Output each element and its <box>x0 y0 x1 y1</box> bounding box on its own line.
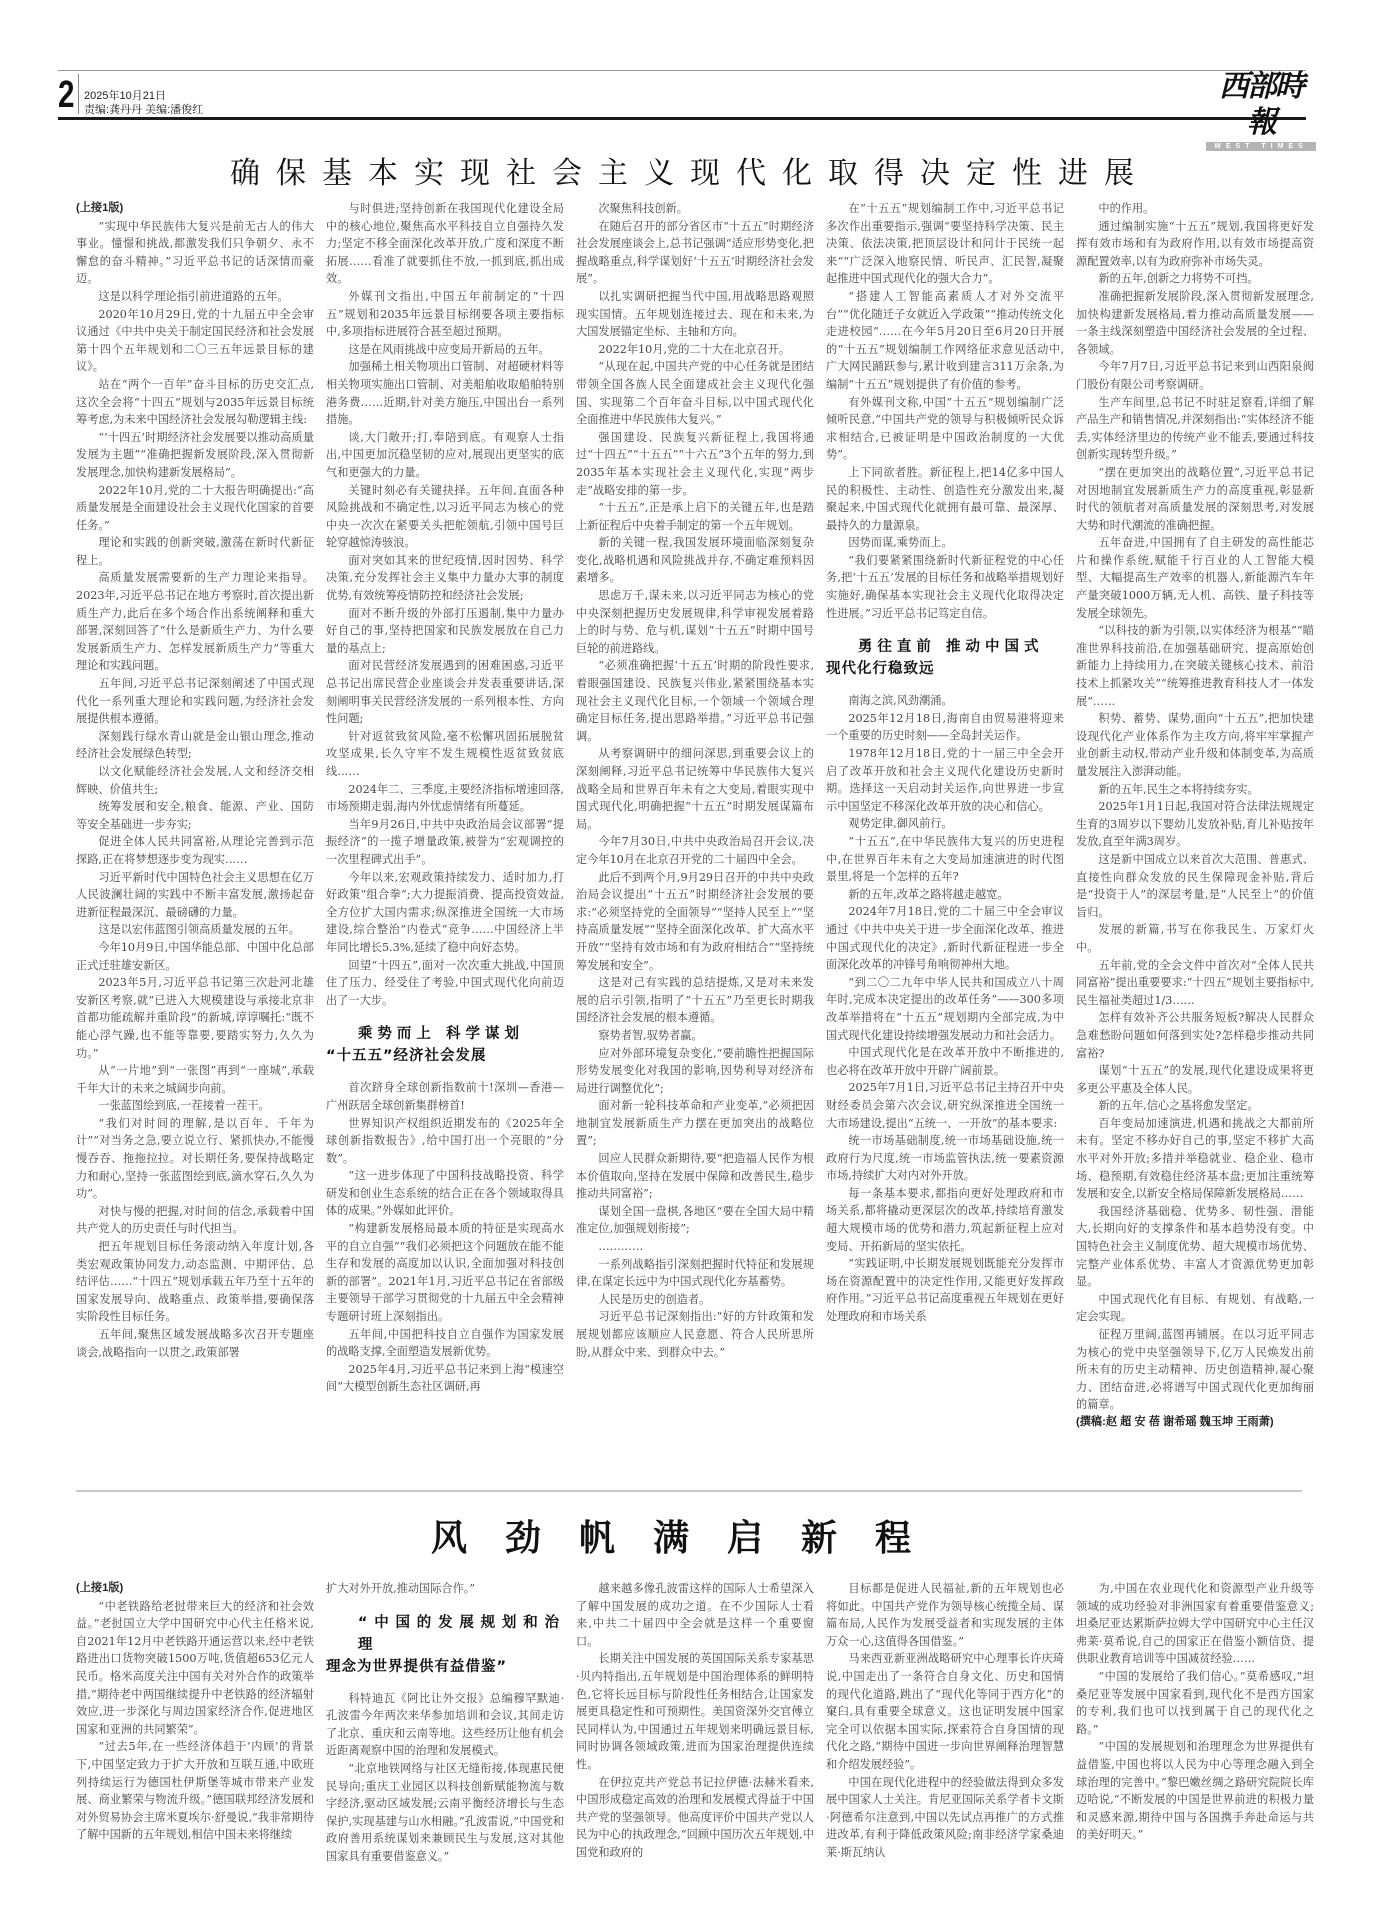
paragraph: 新的关键一程,我国发展环境面临深刻复杂变化,战略机遇和风险挑战并存,不确定难预料… <box>576 534 814 587</box>
paragraph: 越来越多像孔波雷这样的国际人士希望深入了解中国发展的成功之道。在不少国际人士看来… <box>576 1580 814 1650</box>
paragraph: 五年间,聚焦区域发展战略多次召开专题座谈会,战略指向一以贯之,政策部署 <box>76 1326 314 1361</box>
logo-chinese: 西部時報 <box>1206 69 1316 141</box>
paragraph: 征程万里阔,蓝图再铺展。在以习近平同志为核心的党中央坚强领导下,亿万人民焕发出前… <box>1076 1326 1314 1414</box>
paragraph: “我们对时间的理解,是以百年、千年为计”“对当务之急,要立说立行、紧抓快办,不能… <box>76 1115 314 1203</box>
paragraph: (上接1版) <box>76 200 314 218</box>
paragraph: 观势定律,御风前行。 <box>826 815 1064 833</box>
section-divider <box>76 1490 1302 1492</box>
paragraph: 有外媒刊文称,中国“十五五”规划编制广泛倾听民意,“中国共产党的领导与积极倾听民… <box>826 394 1064 464</box>
paragraph: 2025年7月1日,习近平总书记主持召开中央财经委员会第六次会议,研究纵深推进全… <box>826 1079 1064 1132</box>
paragraph: 新的五年,创新之力将势不可挡。 <box>1076 270 1314 288</box>
paragraph: 关键时刻必有关键抉择。五年间,直面各种风险挑战和不确定性,以习近平同志为核心的党… <box>326 482 564 552</box>
paragraph: “构建新发展格局最本质的特征是实现高水平的自立自强”“我们必须把这个问题放在能不… <box>326 1220 564 1326</box>
paragraph: “北京地铁网络与社区无缝衔接,体现惠民便民导向;重庆工业园区以科技创新赋能物流与… <box>326 1760 564 1866</box>
paragraph: “‘十四五’时期经济社会发展要以推动高质量发展为主题”“准确把握新发展阶段,深入… <box>76 429 314 482</box>
paragraph: 2024年7月18日,党的二十届三中全会审议通过《中共中央关于进一步全面深化改革… <box>826 903 1064 973</box>
paragraph: 面对民营经济发展遇到的困难困惑,习近平总书记出席民营企业座谈会并发表重要讲话,深… <box>326 657 564 727</box>
paragraph: 世界知识产权组织近期发布的《2025年全球创新指数报告》,给中国打出一个亮眼的“… <box>326 1115 564 1168</box>
paragraph: 把五年规划目标任务滚动纳入年度计划,各类宏观政策协同发力,动态监测、中期评估、总… <box>76 1238 314 1326</box>
paragraph: 因势而谋,乘势而上。 <box>826 534 1064 552</box>
article1-column-1: (上接1版)“实现中华民族伟大复兴是前无古人的伟大事业。憧憬和挑战,都激发我们只… <box>76 200 314 1488</box>
paragraph: 外媒刊文指出,中国五年前制定的“十四五”规划和2035年远景目标纲要各项主要指标… <box>326 288 564 341</box>
paragraph: 中国在现代化进程中的经验做法得到众多发展中国家人士关注。肯尼亚国际关系学者卡文斯… <box>826 1774 1064 1862</box>
article1-body: (上接1版)“实现中华民族伟大复兴是前无古人的伟大事业。憧憬和挑战,都激发我们只… <box>76 200 1314 1488</box>
paragraph: “十五五”,正是承上启下的关键五年,也是踏上新征程后中央着手制定的第一个五年规划… <box>576 499 814 534</box>
paragraph: 这是在风雨挑战中应变局开新局的五年。 <box>326 341 564 359</box>
paragraph: “实践证明,中长期发展规划既能充分发挥市场在资源配置中的决定性作用,又能更好发挥… <box>826 1255 1064 1325</box>
paragraph: “中国的发展规划和治理理念为世界提供有益借鉴,中国也将以人民为中心等理念融入到全… <box>1076 1738 1314 1844</box>
paragraph: 强国建设、民族复兴新征程上,我国将通过“十四五”“十五五”“十六五”3个五年的努… <box>576 429 814 499</box>
subheading-line-2: 现代化行稳致远 <box>826 661 935 677</box>
paragraph: 针对返贫致贫风险,毫不松懈巩固拓展脱贫攻坚成果,长久守牢不发生规模性返贫致贫底线… <box>326 728 564 781</box>
paragraph: 谋划“十五五”的发展,现代化建设成果将更多更公平惠及全体人民。 <box>1076 1062 1314 1097</box>
article2-column-1: (上接1版)“中老铁路给老挝带来巨大的经济和社会效益。”老挝国立大学中国研究中心… <box>76 1580 314 1900</box>
paragraph: 今年以来,宏观政策持续发力、适时加力,打好政策“组合拳”;大力提振消费、提高投资… <box>326 869 564 957</box>
paragraph: 生产车间里,总书记不时驻足察看,详细了解产品生产和销售情况,并深刻指出:“实体经… <box>1076 394 1314 464</box>
subheading-line-2: 理念为世界提供有益借鉴” <box>326 1659 507 1675</box>
paragraph: 每一条基本要求,都指向更好处理政府和市场关系,都将撬动更深层次的改革,持续培育激… <box>826 1185 1064 1255</box>
paragraph: “我们要紧紧围绕新时代新征程党的中心任务,把‘十五五’发展的目标任务和战略举措规… <box>826 552 1064 622</box>
paragraph: 马来西亚新亚洲战略研究中心理事长许庆琦说,中国走出了一条符合自身文化、历史和国情… <box>826 1650 1064 1773</box>
paragraph: 面对不断升级的外部打压遏制,集中力量办好自己的事,坚持把国家和民族发展放在自己力… <box>326 605 564 658</box>
subheading-line-2: “十五五”经济社会发展 <box>326 1048 487 1064</box>
paragraph: 1978年12月18日,党的十一届三中全会开启了改革开放和社会主义现代化建设历史… <box>826 745 1064 815</box>
paragraph: “过去5年,在一些经济体趋于‘内顾’的背景下,中国坚定致力于扩大开放和互联互通,… <box>76 1738 314 1844</box>
paragraph: 2020年10月29日,党的十九届五中全会审议通过《中共中央关于制定国民经济和社… <box>76 306 314 376</box>
paragraph: “中国的发展给了我们信心。”莫希感叹,“坦桑尼亚等发展中国家看到,现代化不是西方… <box>1076 1668 1314 1738</box>
paragraph: 面对突如其来的世纪疫情,因时因势、科学决策,充分发挥社会主义集中力量办大事的制度… <box>326 552 564 605</box>
paragraph: 新的五年,民生之本将持续夯实。 <box>1076 781 1314 799</box>
paragraph: 发展的新篇,书写在你我民生、万家灯火中。 <box>1076 921 1314 956</box>
paragraph: 察势者智,驭势者赢。 <box>576 1027 814 1045</box>
paragraph: 积势、蓄势、谋势,面向“十五五”,把加快建设现代化产业体系作为主攻方向,将牢牢掌… <box>1076 710 1314 780</box>
paragraph: 中国式现代化是在改革开放中不断推进的,也必将在改革开放中开辟广阔前景。 <box>826 1044 1064 1079</box>
paragraph: 与时俱进;坚持创新在我国现代化建设全局中的核心地位,聚焦高水平科技自立自强持久发… <box>326 200 564 288</box>
paragraph: 谋划全国一盘棋,各地区“要在全国大局中精准定位,加强规划衔接”; <box>576 1203 814 1238</box>
paragraph: 在“十五五”规划编制工作中,习近平总书记多次作出重要指示,强调“要坚持科学决策、… <box>826 200 1064 288</box>
article1-column-5: 中的作用。通过编制实施“十五五”规划,我国将更好发挥有效市场和有为政府作用,以有… <box>1076 200 1314 1488</box>
paragraph: 以扎实调研把握当代中国,用战略思路观照现实国情。五年规划连接过去、现在和未来,为… <box>576 288 814 341</box>
paragraph: 2025年1月1日起,我国对符合法律法规规定生育的3周岁以下婴幼儿发放补贴,育儿… <box>1076 798 1314 851</box>
paragraph: “摆在更加突出的战略位置”,习近平总书记对因地制宜发展新质生产力的高度重视,彰显… <box>1076 464 1314 534</box>
paragraph: (上接1版) <box>76 1580 314 1598</box>
paragraph: 今年7月7日,习近平总书记来到山西阳泉阀门股份有限公司考察调研。 <box>1076 358 1314 393</box>
paragraph: 2023年5月,习近平总书记第三次赴河北雄安新区考察,就“已进入大规模建设与承接… <box>76 974 314 1062</box>
paragraph: ………… <box>576 1238 814 1256</box>
paragraph: 对快与慢的把握,对时间的信念,承载着中国共产党人的历史责任与时代担当。 <box>76 1203 314 1238</box>
paragraph: 这是对己有实践的总结提炼,又是对未来发展的启示引领,指明了“十五五”乃至更长时期… <box>576 974 814 1027</box>
paragraph: 这是以宏伟蓝图引领高质量发展的五年。 <box>76 921 314 939</box>
article1-column-2: 与时俱进;坚持创新在我国现代化建设全局中的核心地位,聚焦高水平科技自立自强持久发… <box>326 200 564 1488</box>
section-subheading: 乘势而上 科学谋划“十五五”经济社会发展 <box>326 1023 564 1067</box>
paragraph: 南海之滨,风劲潮涌。 <box>826 692 1064 710</box>
paragraph: 中的作用。 <box>1076 200 1314 218</box>
paragraph: 五年奋进,中国拥有了自主研发的高性能芯片和操作系统,赋能千行百业的人工智能大模型… <box>1076 534 1314 622</box>
paragraph: 理论和实践的创新突破,激荡在新时代新征程上。 <box>76 534 314 569</box>
paragraph: 从“一片地”到“一张图”再到“一座城”,承载千年大计的未来之城阔步向前。 <box>76 1062 314 1097</box>
paragraph: 回望“十四五”,面对一次次重大挑战,中国顶住了压力、经受住了考验,中国式现代化向… <box>326 957 564 1010</box>
paragraph: 上下同欲者胜。新征程上,把14亿多中国人民的积极性、主动性、创造性充分激发出来,… <box>826 464 1064 534</box>
article1-column-4: 在“十五五”规划编制工作中,习近平总书记多次作出重要指示,强调“要坚持科学决策、… <box>826 200 1064 1488</box>
paragraph: 中国式现代化有目标、有规划、有战略,一定会实现。 <box>1076 1291 1314 1326</box>
masthead: 2 2025年10月21日 责编:龚丹丹 美编:潘俊红 西部時報 WEST TI… <box>58 70 1306 120</box>
paragraph: 我国经济基础稳、优势多、韧性强、潜能大,长期向好的支撑条件和基本趋势没有变。中国… <box>1076 1203 1314 1291</box>
subheading-line-1: “中国的发展规划和治理 <box>326 1612 564 1656</box>
paragraph: 通过编制实施“十五五”规划,我国将更好发挥有效市场和有为政府作用,以有效市场提高… <box>1076 218 1314 271</box>
section-subheading: “中国的发展规划和治理理念为世界提供有益借鉴” <box>326 1612 564 1678</box>
paragraph: 百年变局加速演进,机遇和挑战之大都前所未有。坚定不移办好自己的事,坚定不移扩大高… <box>1076 1115 1314 1203</box>
editors-credit: 责编:龚丹丹 美编:潘俊红 <box>84 103 203 117</box>
paragraph: 首次跻身全球创新指数前十!深圳—香港—广州跃居全球创新集群榜首! <box>326 1079 564 1114</box>
paragraph: 新的五年,改革之路将越走越宽。 <box>826 886 1064 904</box>
paragraph: 五年前,党的全会文件中首次对“全体人民共同富裕”提出重要要求:“十四五”规划主要… <box>1076 957 1314 1010</box>
paragraph: 应对外部环境复杂变化,“要前瞻性把握国际形势发展变化对我国的影响,因势利导对经济… <box>576 1045 814 1098</box>
paragraph: 科特迪瓦《阿比让外交报》总编穆罕默迪·孔波雷今年两次来华参加培训和会议,其间走访… <box>326 1690 564 1760</box>
page-number: 2 <box>58 75 74 115</box>
article2-body: (上接1版)“中老铁路给老挝带来巨大的经济和社会效益。”老挝国立大学中国研究中心… <box>76 1580 1314 1900</box>
paragraph: 以文化赋能经济社会发展,人文和经济交相辉映、价值共生; <box>76 763 314 798</box>
paragraph: 习近平总书记深刻指出:“好的方针政策和发展规划都应该顺应人民意愿、符合人民所思所… <box>576 1308 814 1361</box>
paragraph: 今年7月30日,中共中央政治局召开会议,决定今年10月在北京召开党的二十届四中全… <box>576 833 814 868</box>
paragraph: 2022年10月,党的二十大报告明确提出:“高质量发展是全面建设社会主义现代化国… <box>76 482 314 535</box>
article2-column-2: 扩大对外开放,推动国际合作。”“中国的发展规划和治理理念为世界提供有益借鉴”科特… <box>326 1580 564 1900</box>
paragraph: 这是新中国成立以来首次大范围、普惠式、直接性向群众发放的民生保障现金补贴,背后是… <box>1076 851 1314 921</box>
article2-column-5: 为,中国在农业现代化和资源型产业升级等领域的成功经验对非洲国家有着重要借鉴意义;… <box>1076 1580 1314 1900</box>
paragraph: 统筹发展和安全,粮食、能源、产业、国防等安全基础进一步夯实; <box>76 798 314 833</box>
paragraph: 面对新一轮科技革命和产业变革,“必须把因地制宜发展新质生产力摆在更加突出的战略位… <box>576 1097 814 1150</box>
paragraph: 五年间,习近平总书记深刻阐述了中国式现代化一系列重大理论和实践问题,为经济社会发… <box>76 675 314 728</box>
paragraph: 高质量发展需要新的生产力理论来指导。2023年,习近平总书记在地方考察时,首次提… <box>76 569 314 675</box>
paragraph: 2025年12月18日,海南自由贸易港将迎来一个重要的历史时刻——全岛封关运作。 <box>826 710 1064 745</box>
paragraph: “中老铁路给老挝带来巨大的经济和社会效益。”老挝国立大学中国研究中心代主任格米说… <box>76 1598 314 1739</box>
subheading-line-1: 乘势而上 科学谋划 <box>326 1023 564 1045</box>
paragraph: “这一进步体现了中国科技战略投资、科学研发和创业生态系统的结合正在各个领域取得具… <box>326 1167 564 1220</box>
paragraph: 扩大对外开放,推动国际合作。” <box>326 1580 564 1598</box>
paragraph: 新的五年,信心之基将愈发坚定。 <box>1076 1097 1314 1115</box>
newspaper-logo: 西部時報 WEST TIMES <box>1206 69 1316 151</box>
paragraph: 2025年4月,习近平总书记来到上海“模速空间”大模型创新生态社区调研,再 <box>326 1361 564 1396</box>
paragraph: 长期关注中国发展的英国国际关系专家基思·贝内特指出,五年规划是中国治理体系的鲜明… <box>576 1650 814 1773</box>
paragraph: 从考察调研中的细问深思,到重要会议上的深刻阐释,习近平总书记统筹中华民族伟大复兴… <box>576 745 814 833</box>
paragraph: 目标都是促进人民福祉,新的五年规划也必将如此。中国共产党作为领导核心统揽全局、谋… <box>826 1580 1064 1650</box>
page-meta: 2025年10月21日 责编:龚丹丹 美编:潘俊红 <box>78 74 203 114</box>
subheading-line-1: 勇往直前 推动中国式 <box>826 636 1064 658</box>
paragraph: 一张蓝图绘到底,一茬接着一茬干。 <box>76 1097 314 1115</box>
paragraph: 今年10月9日,中国华能总部、中国中化总部正式迁驻雄安新区。 <box>76 939 314 974</box>
article2-column-3: 越来越多像孔波雷这样的国际人士希望深入了解中国发展的成功之道。在不少国际人士看来… <box>576 1580 814 1900</box>
paragraph: 当年9月26日,中共中央政治局会议部署“提振经济”的一揽子增量政策,被誉为“宏观… <box>326 816 564 869</box>
paragraph: 在随后召开的部分省区市“十五五”时期经济社会发展座谈会上,总书记强调“适应形势变… <box>576 218 814 288</box>
paragraph: 谈,大门敞开;打,奉陪到底。有观察人士指出,中国更加沉稳坚韧的应对,展现出更坚实… <box>326 429 564 482</box>
paragraph: 站在“两个一百年”奋斗目标的历史交汇点,这次全会将“十四五”规划与2035年远景… <box>76 376 314 429</box>
paragraph: 深刻践行绿水青山就是金山银山理念,推动经济社会发展绿色转型; <box>76 728 314 763</box>
paragraph: 习近平新时代中国特色社会主义思想在亿万人民波澜壮阔的实践中不断丰富发展,激扬起奋… <box>76 869 314 922</box>
paragraph: “到二〇二九年中华人民共和国成立八十周年时,完成本决定提出的改革任务”——300… <box>826 974 1064 1044</box>
paragraph: “以科技的新为引领,以实体经济为根基”“瞄准世界科技前沿,在加强基础研究、提高原… <box>1076 622 1314 710</box>
paragraph: 促进全体人民共同富裕,从理论完善到示范探路,正在将梦想逐步变为现实…… <box>76 833 314 868</box>
paragraph: “十五五”,在中华民族伟大复兴的历史进程中,在世界百年未有之大变局加速演进的时代… <box>826 833 1064 886</box>
paragraph: 回应人民群众新期待,要“把造福人民作为根本价值取向,坚持在发展中保障和改善民生,… <box>576 1150 814 1203</box>
paragraph: 2024年二、三季度,主要经济指标增速回落,市场预期走弱,海内外忧虑情绪有所蔓延… <box>326 781 564 816</box>
paragraph: 准确把握新发展阶段,深入贯彻新发展理念,加快构建新发展格局,着力推动高质量发展—… <box>1076 288 1314 358</box>
paragraph: 2022年10月,党的二十大在北京召开。 <box>576 341 814 359</box>
paragraph: 人民是历史的创造者。 <box>576 1291 814 1309</box>
article2-headline: 风劲帆满启新程 <box>0 1510 1380 1561</box>
article1-headline: 确保基本实现社会主义现代化取得决定性进展 <box>0 148 1380 192</box>
paragraph: 此后不到两个月,9月29日召开的中共中央政治局会议提出“十五五”时期经济社会发展… <box>576 869 814 975</box>
paragraph: 统一市场基础制度,统一市场基础设施,统一政府行为尺度,统一市场监管执法,统一要素… <box>826 1132 1064 1185</box>
section-subheading: 勇往直前 推动中国式现代化行稳致远 <box>826 636 1064 680</box>
article1-column-3: 次聚焦科技创新。在随后召开的部分省区市“十五五”时期经济社会发展座谈会上,总书记… <box>576 200 814 1488</box>
paragraph: 五年间,中国把科技自立自强作为国家发展的战略支撑,全面塑造发展新优势。 <box>326 1326 564 1361</box>
paragraph: “搭建人工智能高素质人才对外交流平台”“优化随迁子女就近入学政策”“推动传统文化… <box>826 288 1064 394</box>
paragraph: (撰稿:赵 超 安 蓓 谢希瑶 魏玉坤 王雨萧) <box>1076 1414 1314 1432</box>
paragraph: 这是以科学理论指引前进道路的五年。 <box>76 288 314 306</box>
paragraph: 加强稀土相关物项出口管制、对超硬材料等相关物项实施出口管制、对美船舶收取船舶特别… <box>326 358 564 428</box>
paragraph: 次聚焦科技创新。 <box>576 200 814 218</box>
paragraph: “从现在起,中国共产党的中心任务就是团结带领全国各族人民全面建成社会主义现代化强… <box>576 358 814 428</box>
issue-date: 2025年10月21日 <box>84 89 203 103</box>
paragraph: 为,中国在农业现代化和资源型产业升级等领域的成功经验对非洲国家有着重要借鉴意义;… <box>1076 1580 1314 1668</box>
paragraph: “实现中华民族伟大复兴是前无古人的伟大事业。憧憬和挑战,都激发我们只争朝夕、永不… <box>76 218 314 288</box>
paragraph: 怎样有效补齐公共服务短板?解决人民群众急难愁盼问题如何落到实处?怎样稳步推动共同… <box>1076 1009 1314 1062</box>
paragraph: 在伊拉克共产党总书记拉伊德·法赫米看来,中国形成稳定高效的治理和发展模式得益于中… <box>576 1774 814 1862</box>
article2-column-4: 目标都是促进人民福祉,新的五年规划也必将如此。中国共产党作为领导核心统揽全局、谋… <box>826 1580 1064 1900</box>
paragraph: 思虑万千,谋未来,以习近平同志为核心的党中央深刻把握历史发展规律,科学审视发展着… <box>576 587 814 657</box>
paragraph: 一系列战略指引深刻把握时代特征和发展规律,在谋定长远中为中国式现代化夯基蓄势。 <box>576 1256 814 1291</box>
paragraph: “必须准确把握‘十五五’时期的阶段性要求,着眼强国建设、民族复兴伟业,紧紧围绕基… <box>576 657 814 745</box>
